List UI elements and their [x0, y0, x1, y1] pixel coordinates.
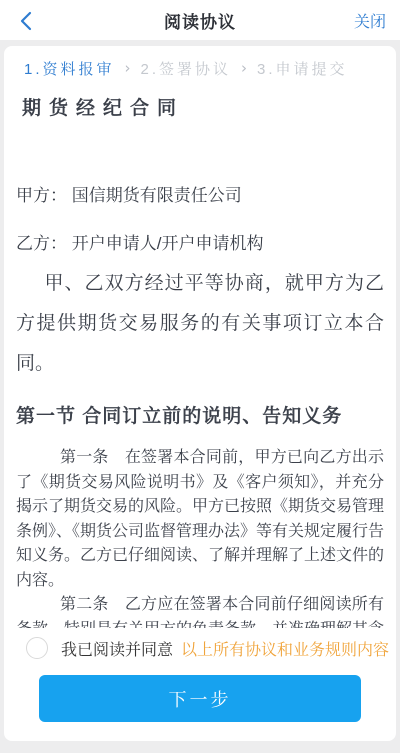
step-1-material-review: 1.资料报审 — [24, 58, 115, 79]
party-a-line: 甲方： 国信期货有限责任公司 — [16, 184, 384, 208]
contract-scroll-area[interactable]: 期货经纪合同 甲方： 国信期货有限责任公司 乙方： 开户申请人/开户申请机构 甲… — [4, 80, 396, 628]
agreements-link[interactable]: 以上所有协议和业务规则内容 — [181, 637, 389, 660]
step-separator-icon: › — [125, 59, 131, 77]
party-b-line: 乙方： 开户申请人/开户申请机构 — [16, 232, 384, 256]
section-1-heading: 第一节 合同订立前的说明、告知义务 — [16, 404, 384, 430]
footer-actions: 我已阅读并同意 以上所有协议和业务规则内容 下一步 — [4, 628, 396, 741]
article-2-paragraph: 第二条 乙方应在签署本合同前仔细阅读所有条款，特别是有关甲方的免责条款，并准确理… — [16, 593, 384, 628]
next-step-button[interactable]: 下一步 — [39, 675, 361, 722]
top-nav-bar: 阅读协议 关闭 — [0, 0, 400, 40]
contract-title: 期货经纪合同 — [22, 96, 384, 122]
agree-label[interactable]: 我已阅读并同意 — [61, 637, 173, 660]
agreement-card: 1.资料报审 › 2.签署协议 › 3.申请提交 期货经纪合同 甲方： 国信期货… — [4, 46, 396, 741]
step-separator-icon: › — [241, 59, 247, 77]
contract-intro-paragraph: 甲、乙双方经过平等协商，就甲方为乙方提供期货交易服务的有关事项订立本合同。 — [16, 264, 384, 384]
page-title: 阅读协议 — [0, 8, 400, 33]
step-3-submit-application: 3.申请提交 — [257, 58, 348, 79]
agree-row[interactable]: 我已阅读并同意 以上所有协议和业务规则内容 — [4, 634, 396, 662]
close-button[interactable]: 关闭 — [354, 9, 386, 32]
agree-checkbox[interactable] — [26, 637, 48, 659]
step-2-sign-agreement: 2.签署协议 — [141, 58, 232, 79]
article-1-paragraph: 第一条 在签署本合同前，甲方已向乙方出示了《期货交易风险说明书》及《客户须知》，… — [16, 446, 384, 593]
step-indicator: 1.资料报审 › 2.签署协议 › 3.申请提交 — [4, 46, 396, 80]
